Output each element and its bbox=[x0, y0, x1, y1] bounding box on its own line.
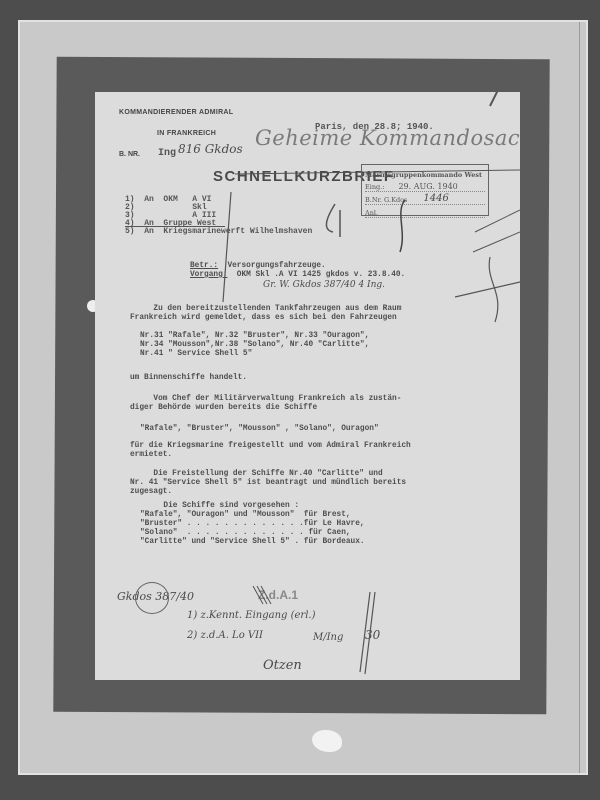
document-page: KOMMANDIERENDER ADMIRAL IN FRANKREICH B.… bbox=[95, 92, 520, 680]
handwritten-markings bbox=[95, 92, 520, 680]
